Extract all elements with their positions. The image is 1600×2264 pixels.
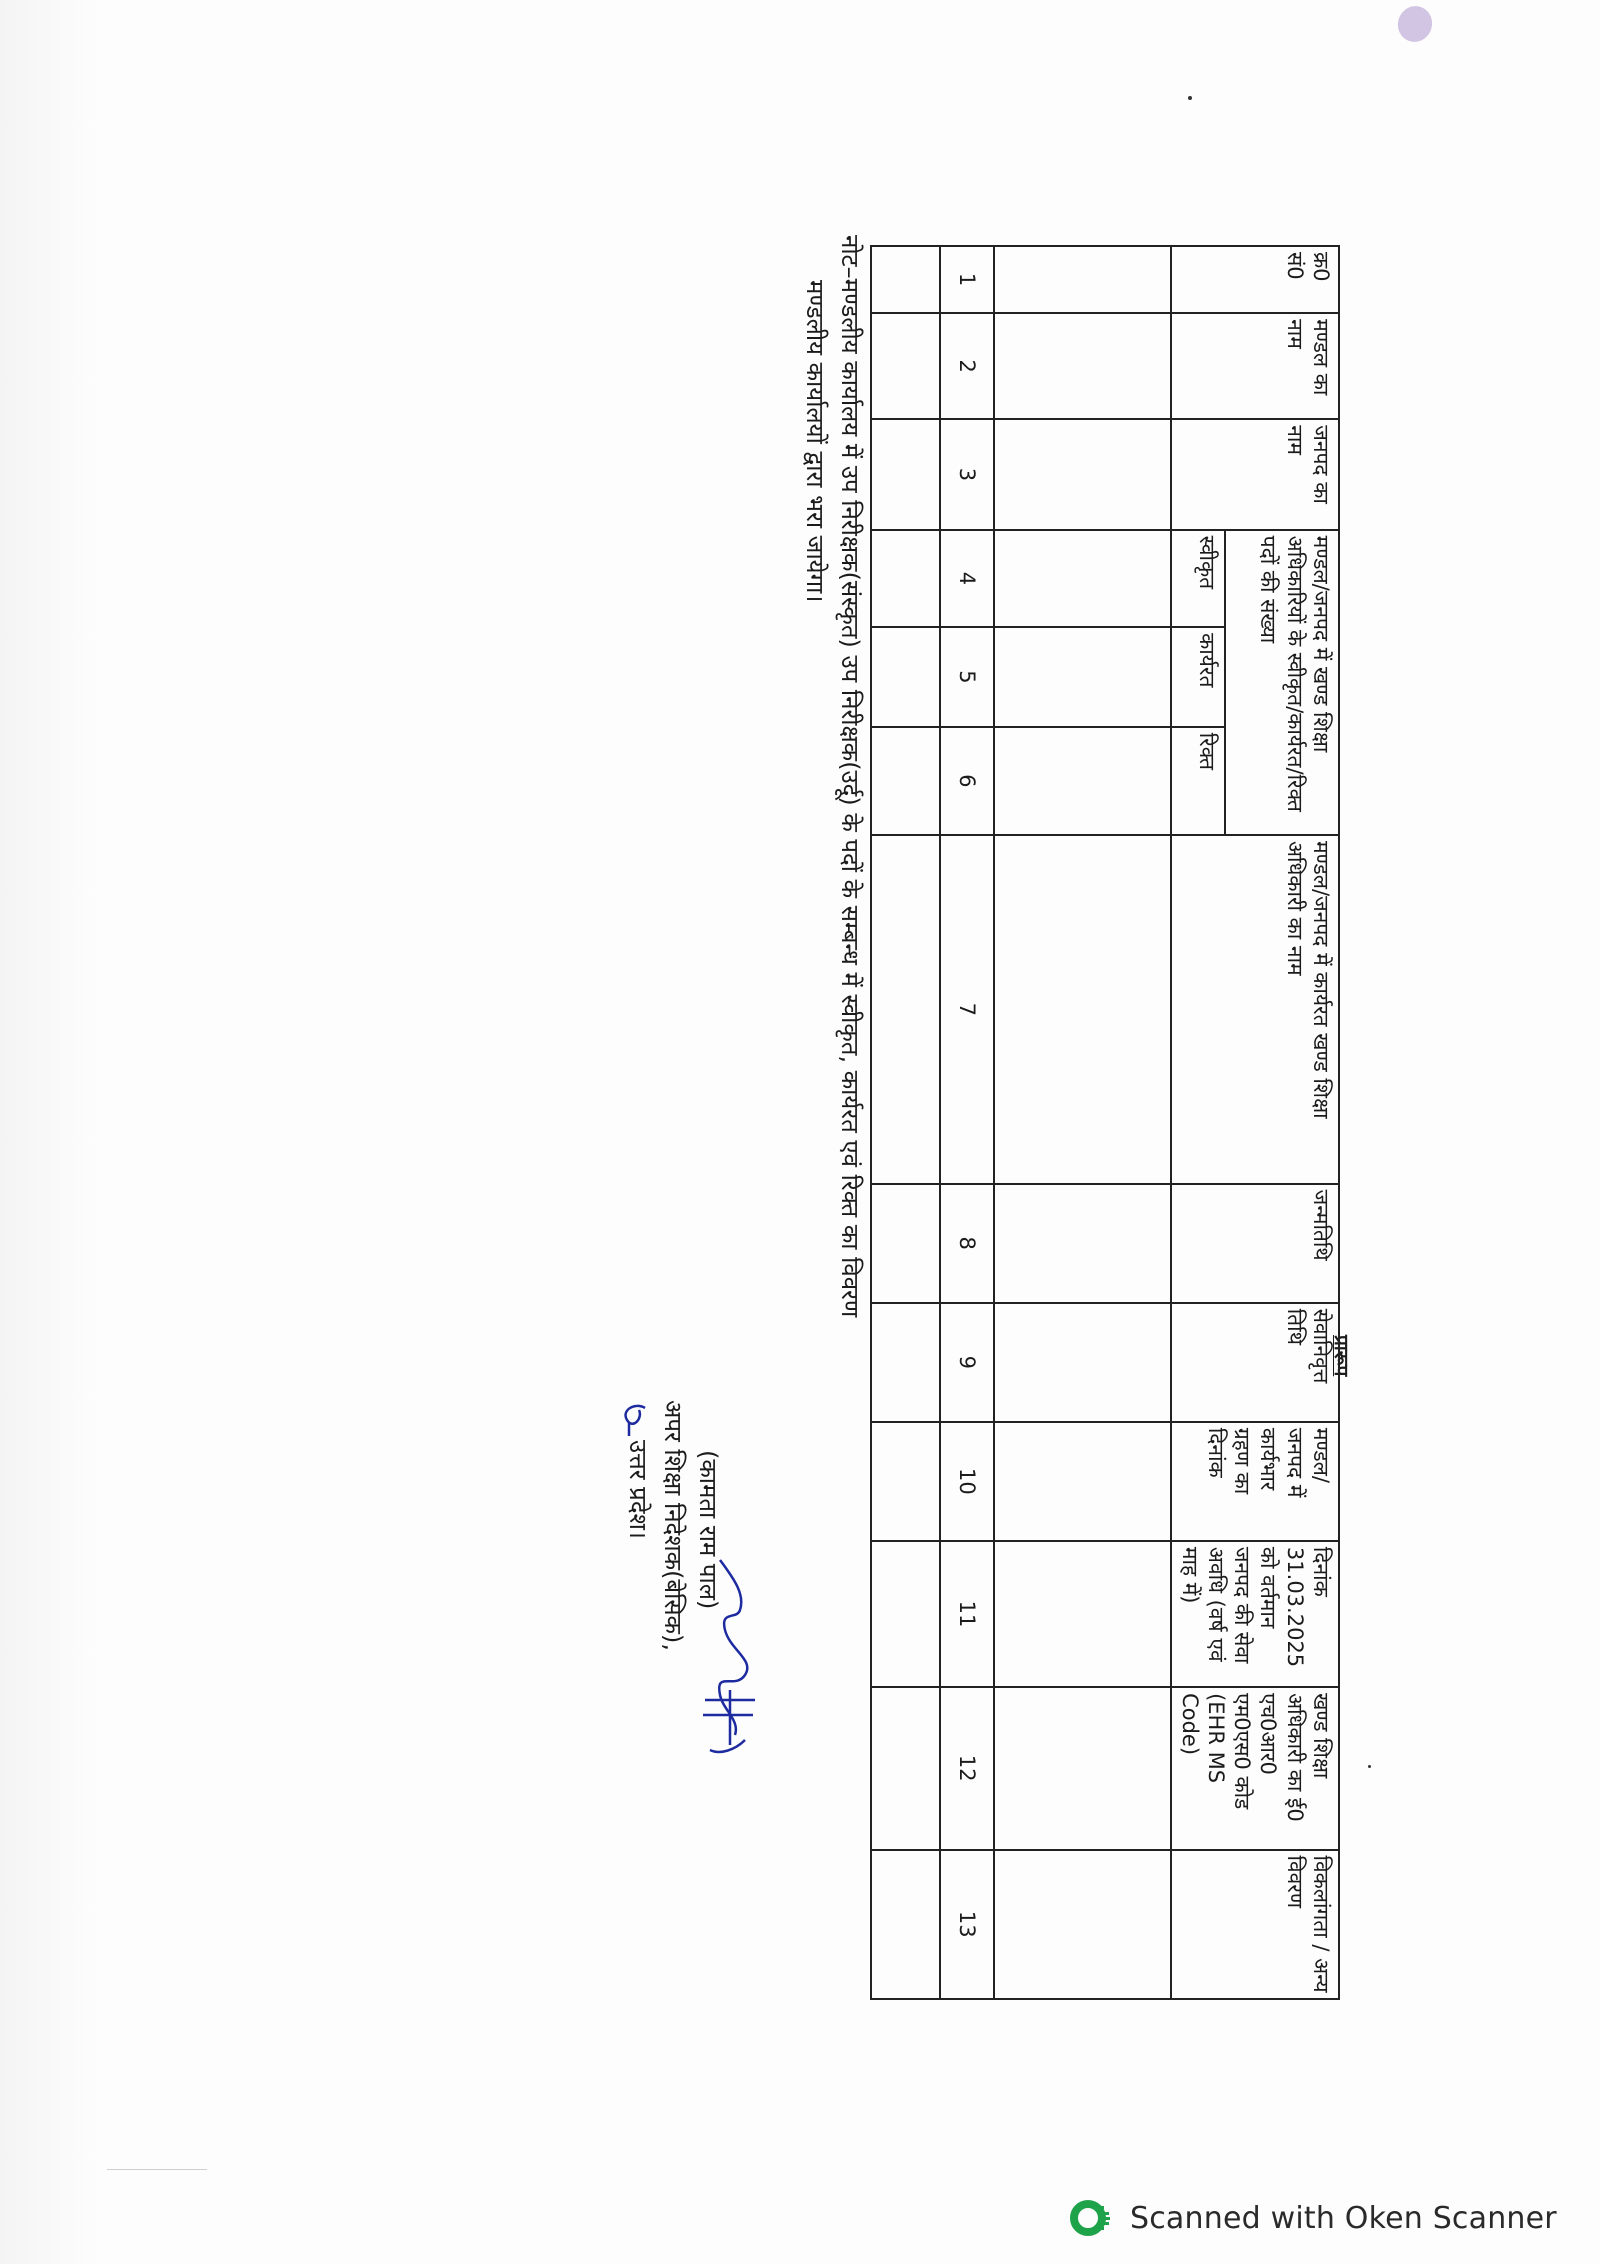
column-number: 5 [940, 627, 995, 727]
scan-artifact-line [107, 2169, 207, 2170]
table-cell-blank [871, 1850, 939, 2000]
header-district-name: जनपद का नाम [1172, 419, 1340, 529]
table-cell [994, 1303, 1171, 1422]
header-working: कार्यरत [1172, 627, 1226, 727]
header-joining-date: मण्डल/ जनपद में कार्यभार ग्रहण का दिनांक [1172, 1422, 1340, 1541]
header-ehrms-code: खण्ड शिक्षा अधिकारी का ई0 एच0आर0 एम0एस0 … [1172, 1687, 1340, 1849]
header-post-count-group: मण्डल/जनपद में खण्ड शिक्षा अधिकारियों के… [1226, 530, 1340, 835]
table-cell [994, 1422, 1171, 1541]
table-row [994, 246, 1171, 1999]
header-division-name: मण्डल का नाम [1172, 313, 1340, 419]
table-cell-blank [871, 627, 939, 727]
table-cell [994, 1184, 1171, 1303]
rotated-document: प्रारूप क्र0 सं0 मण्डल का नाम जनपद का ना… [225, 230, 1345, 2080]
signatory-designation: अपर शिक्षा निदेशक(बेसिक), [655, 1400, 690, 1800]
header-date-of-birth: जन्मतिथि [1172, 1184, 1340, 1303]
table-cell [994, 1687, 1171, 1849]
ink-blot-mark [1393, 1, 1437, 46]
table-cell-blank [871, 1541, 939, 1687]
table-cell [994, 627, 1171, 727]
column-number: 1 [940, 246, 995, 313]
table-cell-blank [871, 727, 939, 835]
table-cell [994, 313, 1171, 419]
column-number: 9 [940, 1303, 995, 1422]
table-cell [994, 1850, 1171, 2000]
table-cell [994, 835, 1171, 1184]
dust-speck [1368, 1765, 1371, 1768]
header-service-period: दिनांक 31.03.2025 को वर्तमान जनपद की सेव… [1172, 1541, 1340, 1687]
scanner-watermark: Scanned with Oken Scanner [1070, 2196, 1557, 2240]
watermark-text: Scanned with Oken Scanner [1130, 2201, 1557, 2236]
table-cell [994, 1541, 1171, 1687]
table-cell [994, 727, 1171, 835]
table-cell [994, 530, 1171, 627]
column-number: 4 [940, 530, 995, 627]
header-officer-name: मण्डल/जनपद में कार्यरत खण्ड शिक्षा अधिका… [1172, 835, 1340, 1184]
table-cell-blank [871, 313, 939, 419]
dust-speck [1188, 96, 1192, 100]
column-number: 13 [940, 1850, 995, 2000]
table-row-blank [871, 246, 939, 1999]
signatory-state: उत्तर प्रदेश। [621, 1400, 656, 1800]
column-number-row: 12345678910111213 [940, 246, 995, 1999]
table-cell-blank [871, 246, 939, 313]
column-number: 12 [940, 1687, 995, 1849]
column-number: 8 [940, 1184, 995, 1303]
table-cell [994, 246, 1171, 313]
note-line-2: मण्डलीय कार्यालयों द्वारा भरा जायेगा। [799, 280, 832, 602]
header-retirement-date: सेवानिवृत्त तिथि [1172, 1303, 1340, 1422]
column-number: 6 [940, 727, 995, 835]
table-cell-blank [871, 419, 939, 529]
proforma-table: क्र0 सं0 मण्डल का नाम जनपद का नाम मण्डल/… [870, 245, 1340, 2000]
column-number: 7 [940, 835, 995, 1184]
header-sanctioned: स्वीकृत [1172, 530, 1226, 627]
column-number: 2 [940, 313, 995, 419]
header-vacant: रिक्त [1172, 727, 1226, 835]
table-cell-blank [871, 1422, 939, 1541]
column-number: 11 [940, 1541, 995, 1687]
table-cell-blank [871, 1184, 939, 1303]
header-row: क्र0 सं0 मण्डल का नाम जनपद का नाम मण्डल/… [1226, 246, 1340, 1999]
table-cell-blank [871, 530, 939, 627]
header-disability-details: विकलांगता / अन्य विवरण [1172, 1850, 1340, 2000]
signatory-block: (कामता राम पाल) अपर शिक्षा निदेशक(बेसिक)… [621, 1400, 725, 1800]
oken-scanner-logo-icon [1070, 2196, 1114, 2240]
table-cell-blank [871, 835, 939, 1184]
table-cell-blank [871, 1303, 939, 1422]
signatory-name: (कामता राम पाल) [690, 1400, 725, 1800]
column-number: 3 [940, 419, 995, 529]
table-cell-blank [871, 1687, 939, 1849]
note-line-1: नोट–मण्डलीय कार्यालय में उप निरीक्षक(संस… [834, 235, 867, 1317]
page-margin [0, 0, 100, 2264]
table-cell [994, 419, 1171, 529]
column-number: 10 [940, 1422, 995, 1541]
header-serial-no: क्र0 सं0 [1172, 246, 1340, 313]
